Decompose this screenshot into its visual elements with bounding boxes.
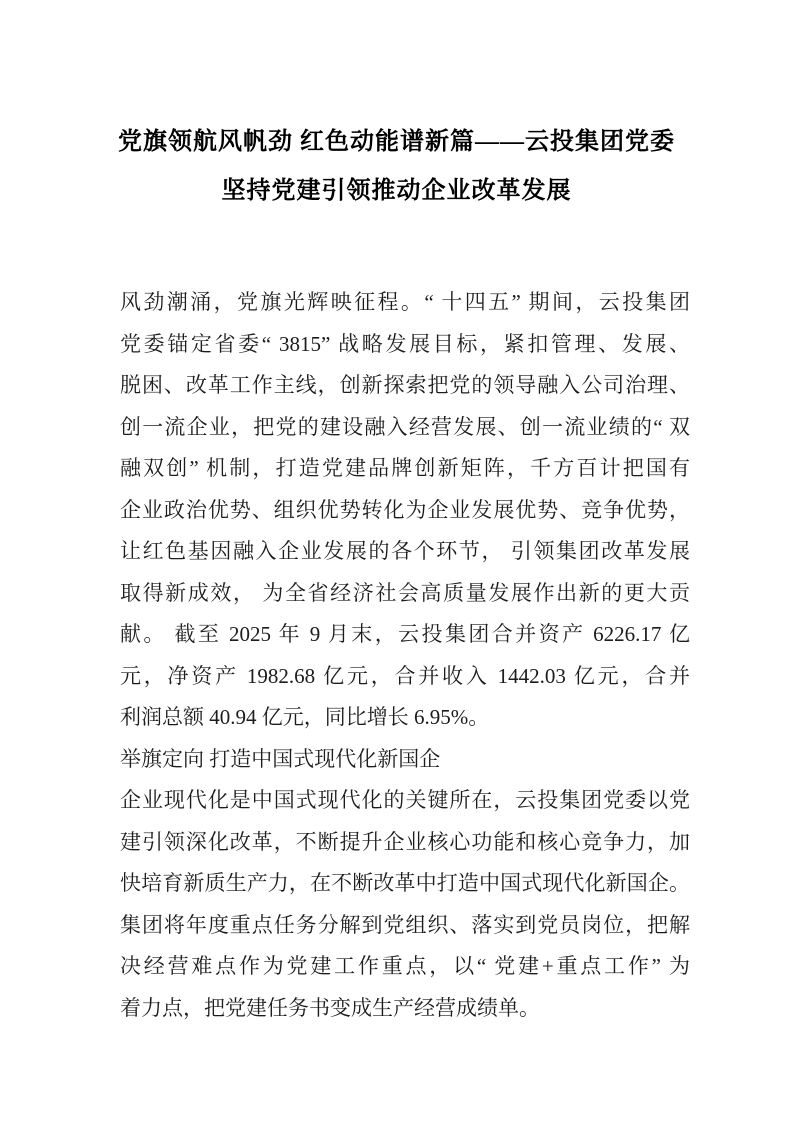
text-line: 决经营难点作为党建工作重点，以“ 党建+重点工作” 为 bbox=[120, 946, 690, 988]
text-line: 脱困、改革工作主线，创新探索把党的领导融入公司治理、 bbox=[120, 365, 690, 407]
text-line: 融双创” 机制，打造党建品牌创新矩阵，千方百计把国有 bbox=[120, 448, 690, 490]
text-line: 举旗定向 打造中国式现代化新国企 bbox=[120, 739, 690, 781]
text-line: 党委锚定省委“ 3815” 战略发展目标，紧扣管理、发展、 bbox=[120, 324, 690, 366]
text-line: 献。 截至 2025 年 9 月末，云投集团合并资产 6226.17 亿 bbox=[120, 614, 690, 656]
text-line: 创一流企业，把党的建设融入经营发展、创一流业绩的“ 双 bbox=[120, 407, 690, 449]
text-line: 企业政治优势、组织优势转化为企业发展优势、竞争优势， bbox=[120, 490, 690, 532]
text-line: 让红色基因融入企业发展的各个环节， 引领集团改革发展 bbox=[120, 531, 690, 573]
text-line: 建引领深化改革，不断提升企业核心功能和核心竞争力，加 bbox=[120, 822, 690, 864]
text-line: 风劲潮涌，党旗光辉映征程。“ 十四五” 期间，云投集团 bbox=[120, 282, 690, 324]
text-line: 利润总额 40.94 亿元，同比增长 6.95%。 bbox=[120, 697, 690, 739]
text-line: 企业现代化是中国式现代化的关键所在，云投集团党委以党 bbox=[120, 780, 690, 822]
document-page: 党旗领航风帆劲 红色动能谱新篇——云投集团党委 坚持党建引领推动企业改革发展 风… bbox=[0, 0, 793, 1122]
text-line: 元，净资产 1982.68 亿元，合并收入 1442.03 亿元，合并 bbox=[120, 656, 690, 698]
text-line: 取得新成效， 为全省经济社会高质量发展作出新的更大贡 bbox=[120, 573, 690, 615]
text-line: 集团将年度重点任务分解到党组织、落实到党员岗位，把解 bbox=[120, 905, 690, 947]
document-body: 风劲潮涌，党旗光辉映征程。“ 十四五” 期间，云投集团党委锚定省委“ 3815”… bbox=[120, 282, 690, 1029]
title-line-2: 坚持党建引领推动企业改革发展 bbox=[60, 167, 733, 216]
text-line: 快培育新质生产力，在不断改革中打造中国式现代化新国企。 bbox=[120, 863, 690, 905]
document-title: 党旗领航风帆劲 红色动能谱新篇——云投集团党委 坚持党建引领推动企业改革发展 bbox=[60, 118, 733, 216]
text-line: 着力点，把党建任务书变成生产经营成绩单。 bbox=[120, 988, 690, 1030]
title-line-1: 党旗领航风帆劲 红色动能谱新篇——云投集团党委 bbox=[60, 118, 733, 167]
